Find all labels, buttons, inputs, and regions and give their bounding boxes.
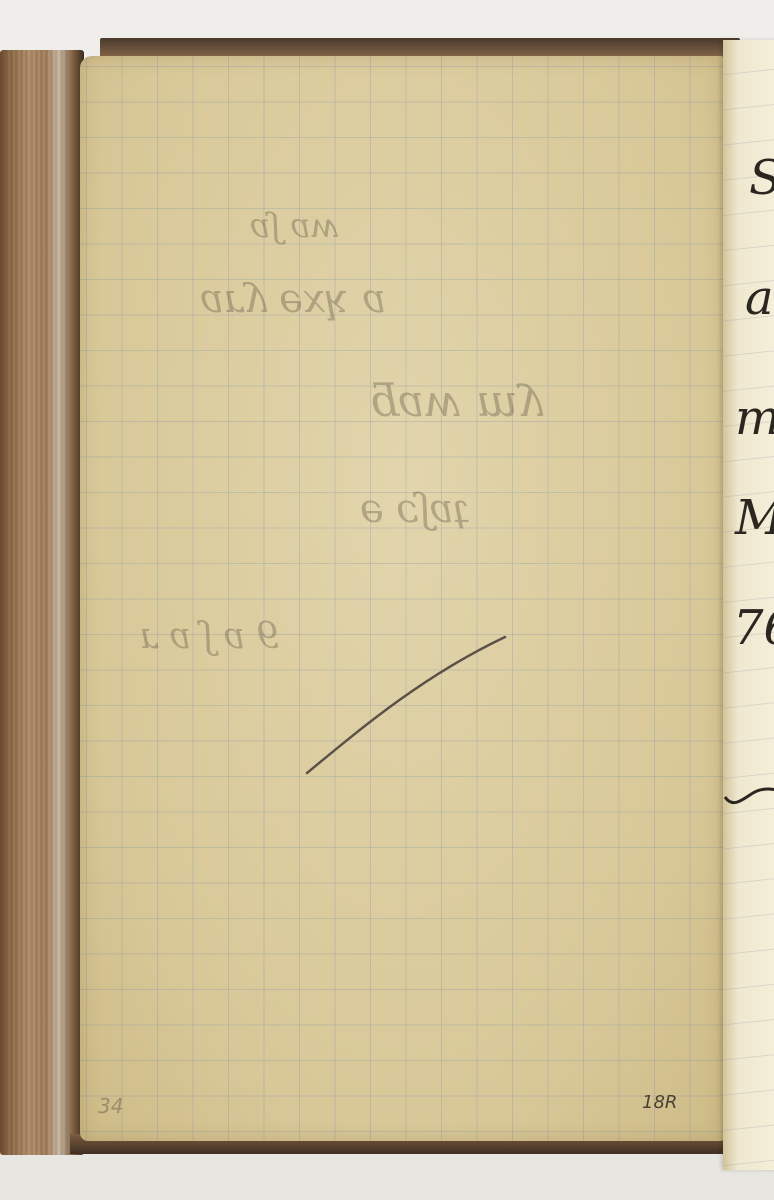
folio-number-faint: 34 xyxy=(98,1094,123,1118)
offset-writing-line: ʎɯ ʍɐƃ xyxy=(370,376,543,427)
pencil-stroke xyxy=(305,635,515,780)
folio-number: 18R xyxy=(642,1092,677,1113)
offset-writing-line: 9 ɐ ʃ ɐ ɹ xyxy=(140,616,279,657)
ink-flourish xyxy=(723,785,774,815)
handwriting-fragment: me xyxy=(735,390,774,446)
graph-paper-page: ʍɐ ʃɐ ɐ ʞxə ʎɹɐ ʎɯ ʍɐƃ ʇɐʃɔ ǝ 9 ɐ ʃ ɐ ɹ … xyxy=(80,56,723,1141)
offset-writing-line: ʇɐʃɔ ǝ xyxy=(360,486,470,532)
handwriting-fragment: Ma xyxy=(735,490,774,546)
notebook-spine xyxy=(0,50,84,1155)
facing-page-edge: S ai me Ma 76 xyxy=(723,40,774,1170)
offset-writing-line: ɐ ʞxə ʎɹɐ xyxy=(200,276,386,322)
offset-writing-line: ʍɐ ʃɐ xyxy=(250,206,340,246)
handwriting-fragment: 76 xyxy=(733,600,774,656)
handwriting-fragment: S xyxy=(749,150,774,206)
handwriting-fragment: ai xyxy=(745,270,774,326)
